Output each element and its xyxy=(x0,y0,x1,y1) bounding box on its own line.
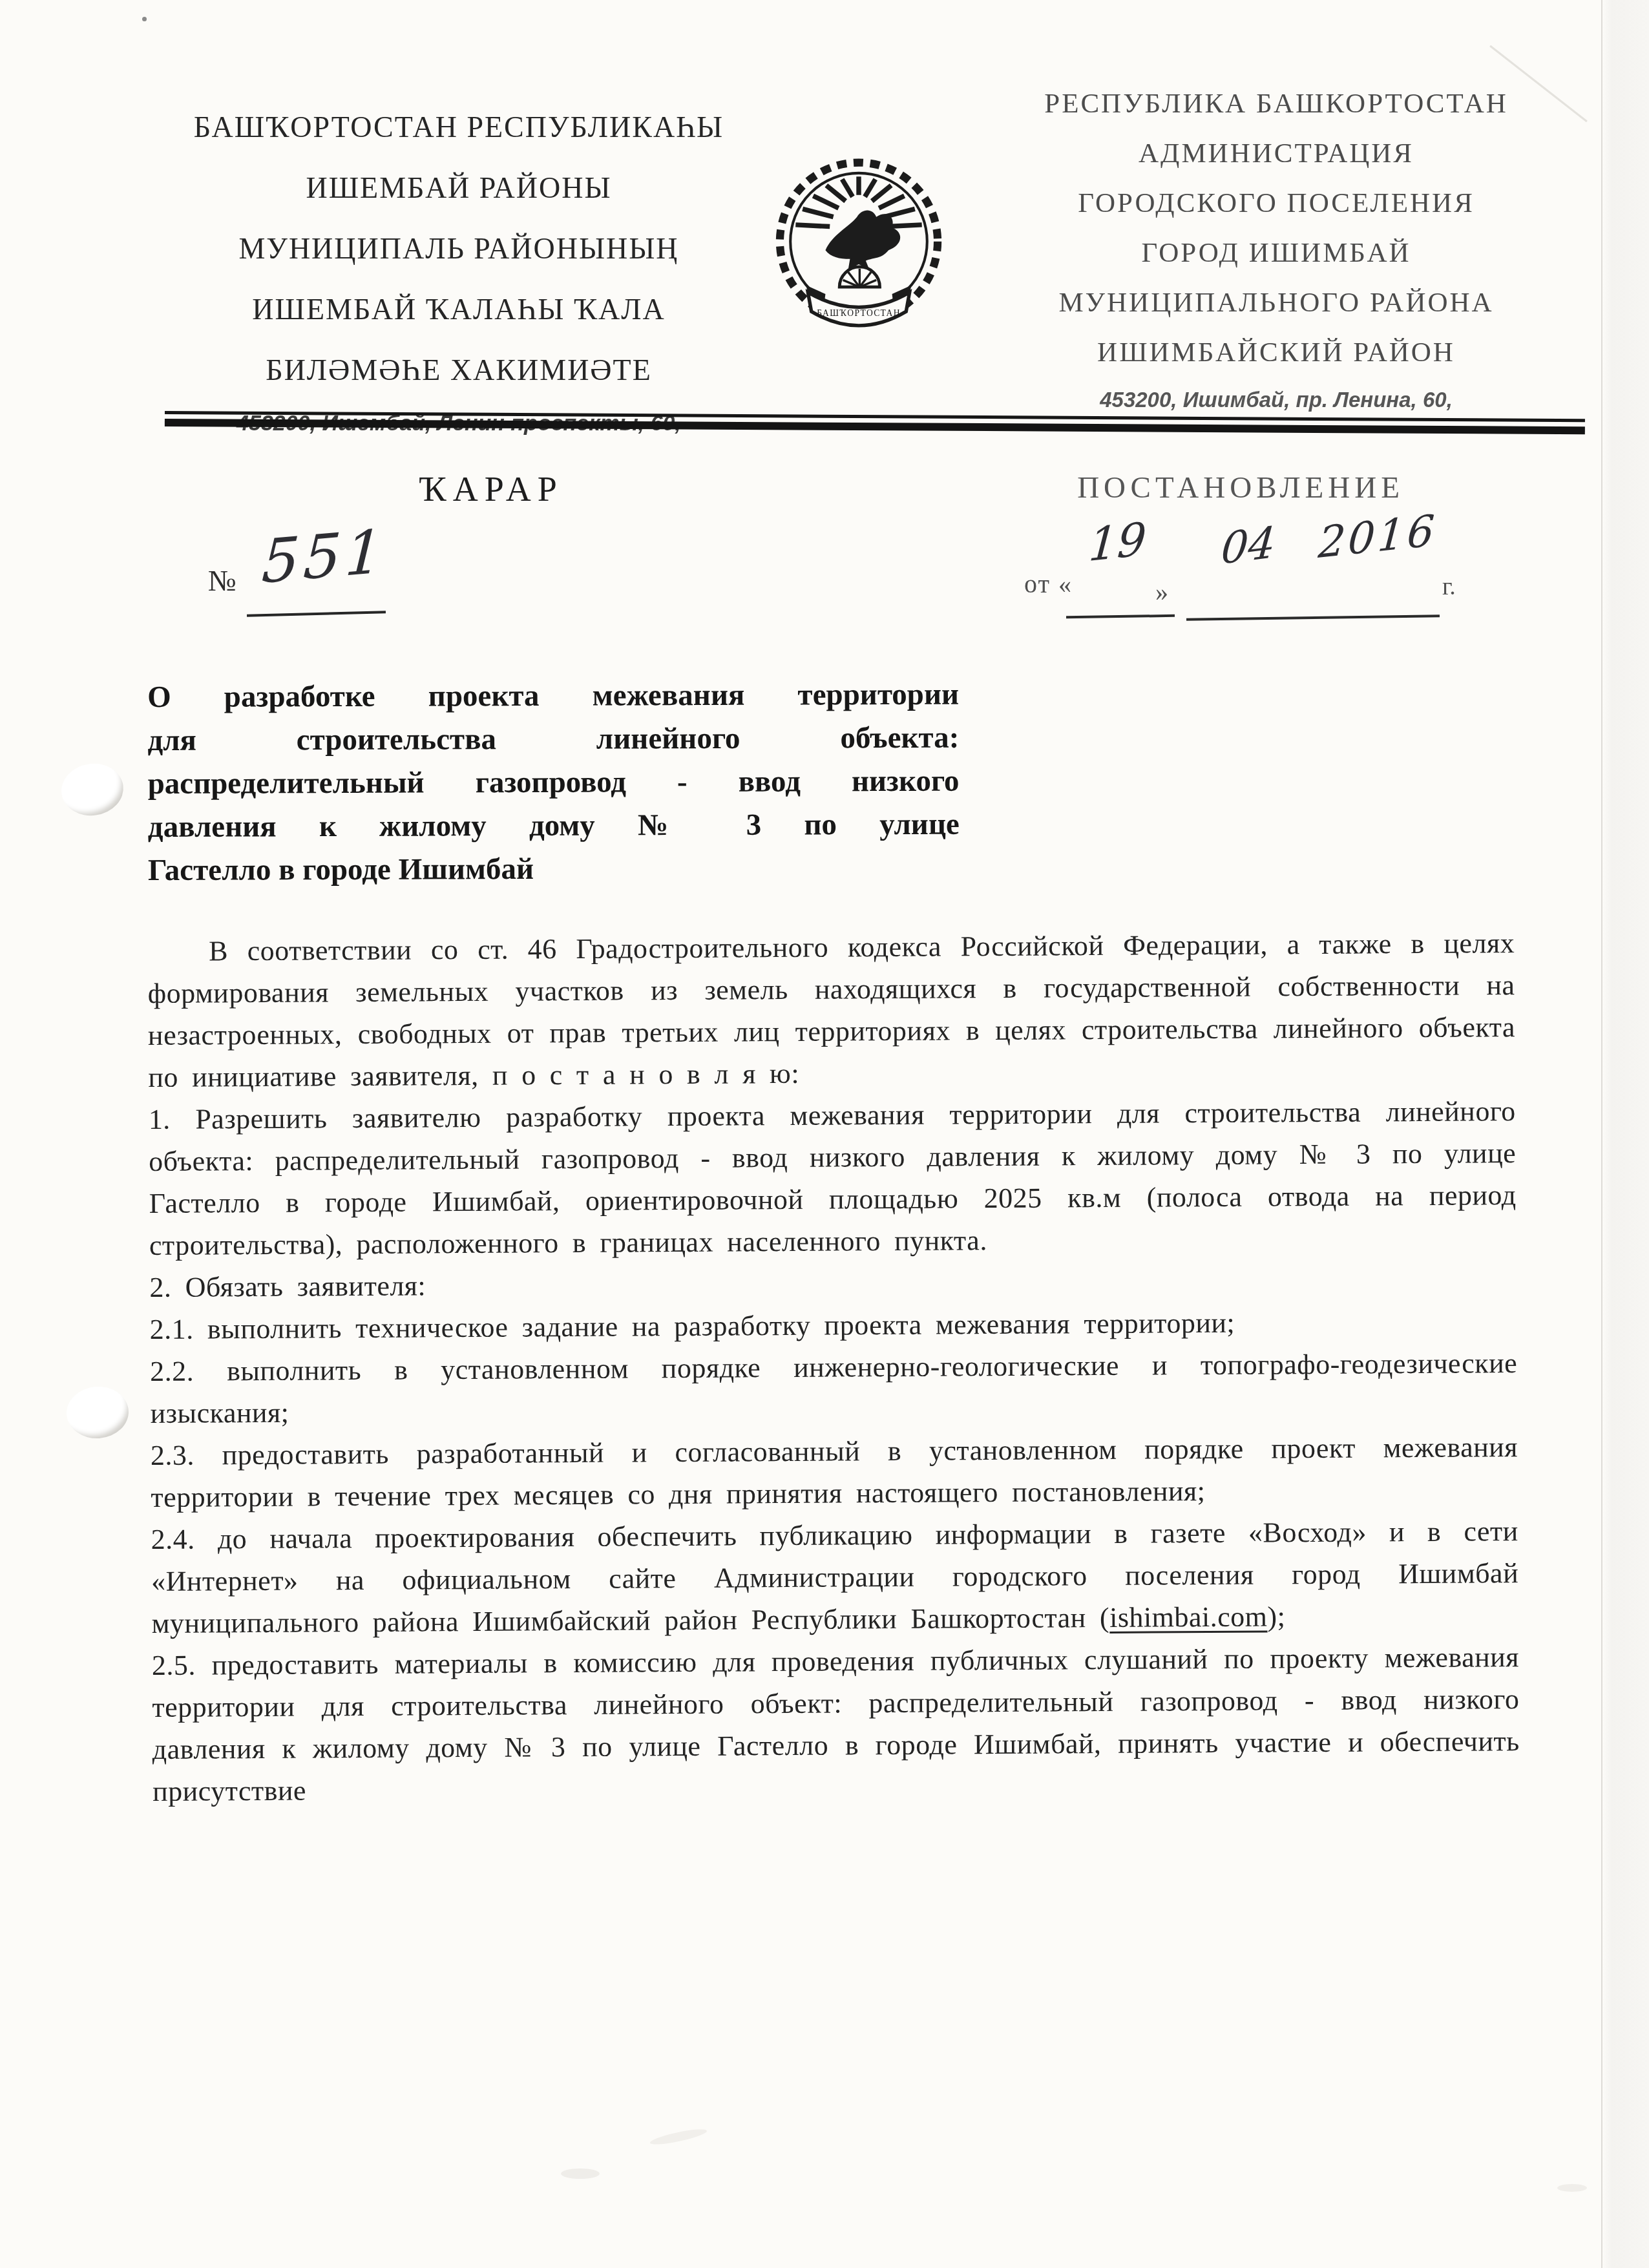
hole-punch-shadow xyxy=(65,1385,130,1441)
issuer-line: РЕСПУБЛИКА БАШКОРТОСТАН xyxy=(998,79,1554,129)
date-underline xyxy=(1066,614,1175,618)
issuer-line: БИЛӘМӘҺЕ ХАКИМИӘТЕ xyxy=(174,340,743,401)
issuer-line: ИШЕМБАЙ ҠАЛАҺЫ ҠАЛА xyxy=(174,279,743,340)
paragraph-item-2-5: 2.5. предоставить материалы в комиссию д… xyxy=(152,1636,1520,1812)
issuer-line: МУНИЦИПАЛЬ РАЙОНЫНЫҢ xyxy=(174,218,743,279)
title-line: для строительства линейного объекта: xyxy=(147,717,959,762)
karar-heading: ҠАРАР xyxy=(362,469,620,509)
website-link: ishimbai.com xyxy=(1109,1601,1268,1633)
scan-speck xyxy=(561,2168,600,2179)
issuer-line: МУНИЦИПАЛЬНОГО РАЙОНА xyxy=(998,278,1554,328)
document-number-handwritten: 551 xyxy=(260,516,389,597)
number-underline xyxy=(247,611,386,617)
issuer-line: АДМИНИСТРАЦИЯ xyxy=(998,129,1554,178)
document-title: О разработке проекта межевания территори… xyxy=(147,673,960,892)
document-number-label: № xyxy=(208,563,236,598)
issuer-line: ИШЕМБАЙ РАЙОНЫ xyxy=(174,158,743,218)
scan-speck xyxy=(649,2126,708,2147)
title-line: распределительный газопровод - ввод низк… xyxy=(147,760,959,806)
paragraph-text: 2.4. до начала проектирования обеспечить… xyxy=(151,1515,1519,1639)
scan-speck xyxy=(142,17,147,21)
svg-text:БАШҠОРТОСТАН: БАШҠОРТОСТАН xyxy=(817,308,901,318)
paragraph-item-2-4: 2.4. до начала проектирования обеспечить… xyxy=(151,1510,1519,1644)
title-line: О разработке проекта межевания территори… xyxy=(147,673,959,719)
issuer-line: ГОРОДСКОГО ПОСЕЛЕНИЯ xyxy=(998,178,1554,228)
page-edge-shadow xyxy=(1601,0,1649,2268)
scan-speck xyxy=(1557,2184,1587,2192)
paragraph-item-2-2: 2.2. выполнить в установленном порядке и… xyxy=(150,1342,1518,1434)
paragraph-intro: В соответствии со ст. 46 Градостроительн… xyxy=(147,922,1516,1098)
paragraph-item-1: 1. Разрешить заявителю разработку проект… xyxy=(149,1090,1517,1266)
date-prefix: от « xyxy=(1024,569,1073,599)
title-line: Гастелло в городе Ишимбай xyxy=(148,846,960,892)
coat-of-arms-bashkortostan-icon: БАШҠОРТОСТАН xyxy=(771,154,947,355)
issuer-address-russian: 453200, Ишимбай, пр. Ленина, 60, xyxy=(998,385,1554,415)
date-suffix: г. xyxy=(1442,572,1456,601)
document-body: В соответствии со ст. 46 Градостроительн… xyxy=(147,922,1520,1812)
date-close-quote: » xyxy=(1155,576,1168,607)
paragraph-text: ); xyxy=(1267,1601,1285,1632)
postanovlenie-heading: ПОСТАНОВЛЕНИЕ xyxy=(1045,470,1436,505)
title-line: давления к жилому дому № 3 по улице xyxy=(148,803,960,849)
rider-silhouette xyxy=(825,210,900,269)
date-day-handwritten: 19 xyxy=(1087,512,1148,572)
issuer-line: ГОРОД ИШИМБАЙ xyxy=(998,228,1554,278)
date-underline xyxy=(1186,614,1440,620)
issuer-line: ИШИМБАЙСКИЙ РАЙОН xyxy=(998,328,1554,377)
date-month-handwritten: 04 xyxy=(1219,517,1277,574)
issuer-name-russian: РЕСПУБЛИКА БАШКОРТОСТАН АДМИНИСТРАЦИЯ ГО… xyxy=(998,79,1554,415)
date-year-handwritten: 2016 xyxy=(1317,505,1438,568)
issuer-name-bashkir: БАШҠОРТОСТАН РЕСПУБЛИКАҺЫ ИШЕМБАЙ РАЙОНЫ… xyxy=(174,97,743,438)
paragraph-item-2-3: 2.3. предоставить разработанный и соглас… xyxy=(151,1426,1518,1518)
issuer-line: БАШҠОРТОСТАН РЕСПУБЛИКАҺЫ xyxy=(174,97,743,158)
scanned-document-page: БАШҠОРТОСТАН РЕСПУБЛИКАҺЫ ИШЕМБАЙ РАЙОНЫ… xyxy=(0,0,1649,2268)
hole-punch-shadow xyxy=(58,760,127,820)
